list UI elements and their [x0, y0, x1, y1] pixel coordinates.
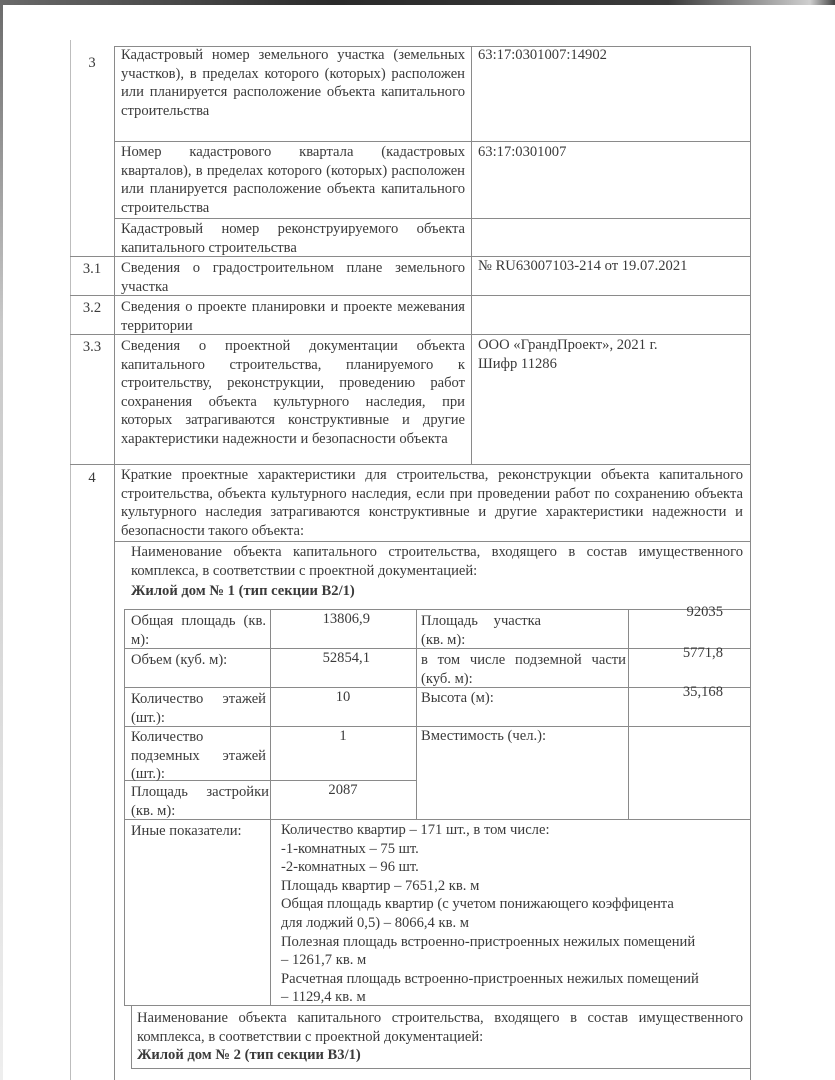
cadastral-quarter-label: Номер кадастрового квартала (кадастровых…	[121, 143, 465, 217]
project-docs-label: Сведения о проектной документации объект…	[121, 337, 465, 449]
floors-label: Количество этажей (шт.):	[131, 690, 266, 727]
inner-column-divider	[628, 609, 629, 819]
section-number: 3	[70, 54, 114, 73]
project-docs-value-line2: Шифр 11286	[478, 355, 557, 374]
total-area-value: 13806,9	[270, 610, 370, 629]
scan-top-edge	[0, 0, 835, 5]
other-indicators-label: Иные показатели:	[131, 822, 251, 841]
other-indicator-line: Полезная площадь встроенно-пристроенных …	[281, 933, 751, 952]
gpzu-label: Сведения о градостроительном плане земел…	[121, 259, 465, 296]
volume-label: Объем (куб. м):	[131, 651, 266, 670]
cadastral-plot-value: 63:17:0301007:14902	[478, 46, 607, 65]
reconstructed-object-label: Кадастровый номер реконструируемого объе…	[121, 220, 465, 257]
built-area-value: 2087	[270, 781, 416, 800]
planning-project-label: Сведения о проекте планировки и проекте …	[121, 298, 465, 335]
other-indicator-line: Площадь квартир – 7651,2 кв. м	[281, 877, 751, 896]
other-indicator-line: для лоджий 0,5) – 8066,4 кв. м	[281, 914, 751, 933]
row-divider	[114, 141, 750, 142]
row-divider	[70, 464, 750, 465]
other-indicator-line: -1-комнатных – 75 шт.	[281, 840, 751, 859]
gpzu-value: № RU63007103-214 от 19.07.2021	[478, 257, 687, 276]
other-indicator-line: – 1129,4 кв. м	[281, 988, 751, 1007]
scan-left-edge	[0, 0, 3, 1080]
section-number: 3.2	[70, 299, 114, 318]
column-divider	[471, 46, 472, 464]
floors-value: 10	[270, 688, 416, 707]
underground-floors-label: Количество подземных этажей (шт.):	[131, 728, 266, 784]
inner-column-divider	[416, 609, 417, 819]
underground-volume-value: 5771,8	[628, 644, 723, 663]
project-docs-value-line1: ООО «ГрандПроект», 2021 г.	[478, 336, 658, 355]
built-area-label: Площадь застройки (кв. м):	[131, 783, 269, 820]
section-number: 3.3	[70, 338, 114, 357]
object1-name-value: Жилой дом № 1 (тип секции В2/1)	[131, 582, 355, 601]
total-area-label: Общая площадь (кв. м):	[131, 612, 266, 649]
height-label: Высота (м):	[421, 689, 494, 708]
inner-column-divider	[270, 609, 271, 1005]
underground-floors-value: 1	[270, 727, 416, 746]
object2-left-border	[131, 1005, 132, 1068]
section-number: 4	[70, 469, 114, 488]
object1-name-label: Наименование объекта капитального строит…	[131, 543, 743, 580]
other-indicator-line: Расчетная площадь встроенно-пристроенных…	[281, 970, 751, 989]
inner-column-divider	[124, 609, 125, 1005]
section4-intro: Краткие проектные характеристики для стр…	[121, 466, 743, 540]
object2-name-label: Наименование объекта капитального строит…	[137, 1009, 743, 1046]
section-number: 3.1	[70, 260, 114, 279]
plot-area-label: Площадь участка (кв. м):	[421, 612, 541, 649]
capacity-label: Вместимость (чел.):	[421, 727, 546, 746]
object2-name-value: Жилой дом № 2 (тип секции В3/1)	[137, 1046, 361, 1065]
row-divider	[114, 218, 750, 219]
other-indicator-line: -2-комнатных – 96 шт.	[281, 858, 751, 877]
page-margin-line	[70, 40, 71, 1080]
object2-bottom-border	[131, 1068, 750, 1069]
other-indicator-line: Общая площадь квартир (с учетом понижающ…	[281, 895, 751, 914]
cadastral-plot-label: Кадастровый номер земельного участка (зе…	[121, 46, 465, 120]
other-indicator-line: – 1261,7 кв. м	[281, 951, 751, 970]
other-indicator-line: Количество квартир – 171 шт., в том числ…	[281, 821, 751, 840]
plot-area-value: 92035	[628, 603, 723, 622]
underground-volume-label: в том числе подземной части (куб. м):	[421, 651, 626, 688]
volume-value: 52854,1	[270, 649, 370, 668]
row-divider	[114, 541, 750, 542]
height-value: 35,168	[628, 683, 723, 702]
cadastral-quarter-value: 63:17:0301007	[478, 143, 566, 162]
column-divider	[114, 46, 115, 1080]
other-indicators-list: Количество квартир – 171 шт., в том числ…	[281, 821, 751, 1007]
